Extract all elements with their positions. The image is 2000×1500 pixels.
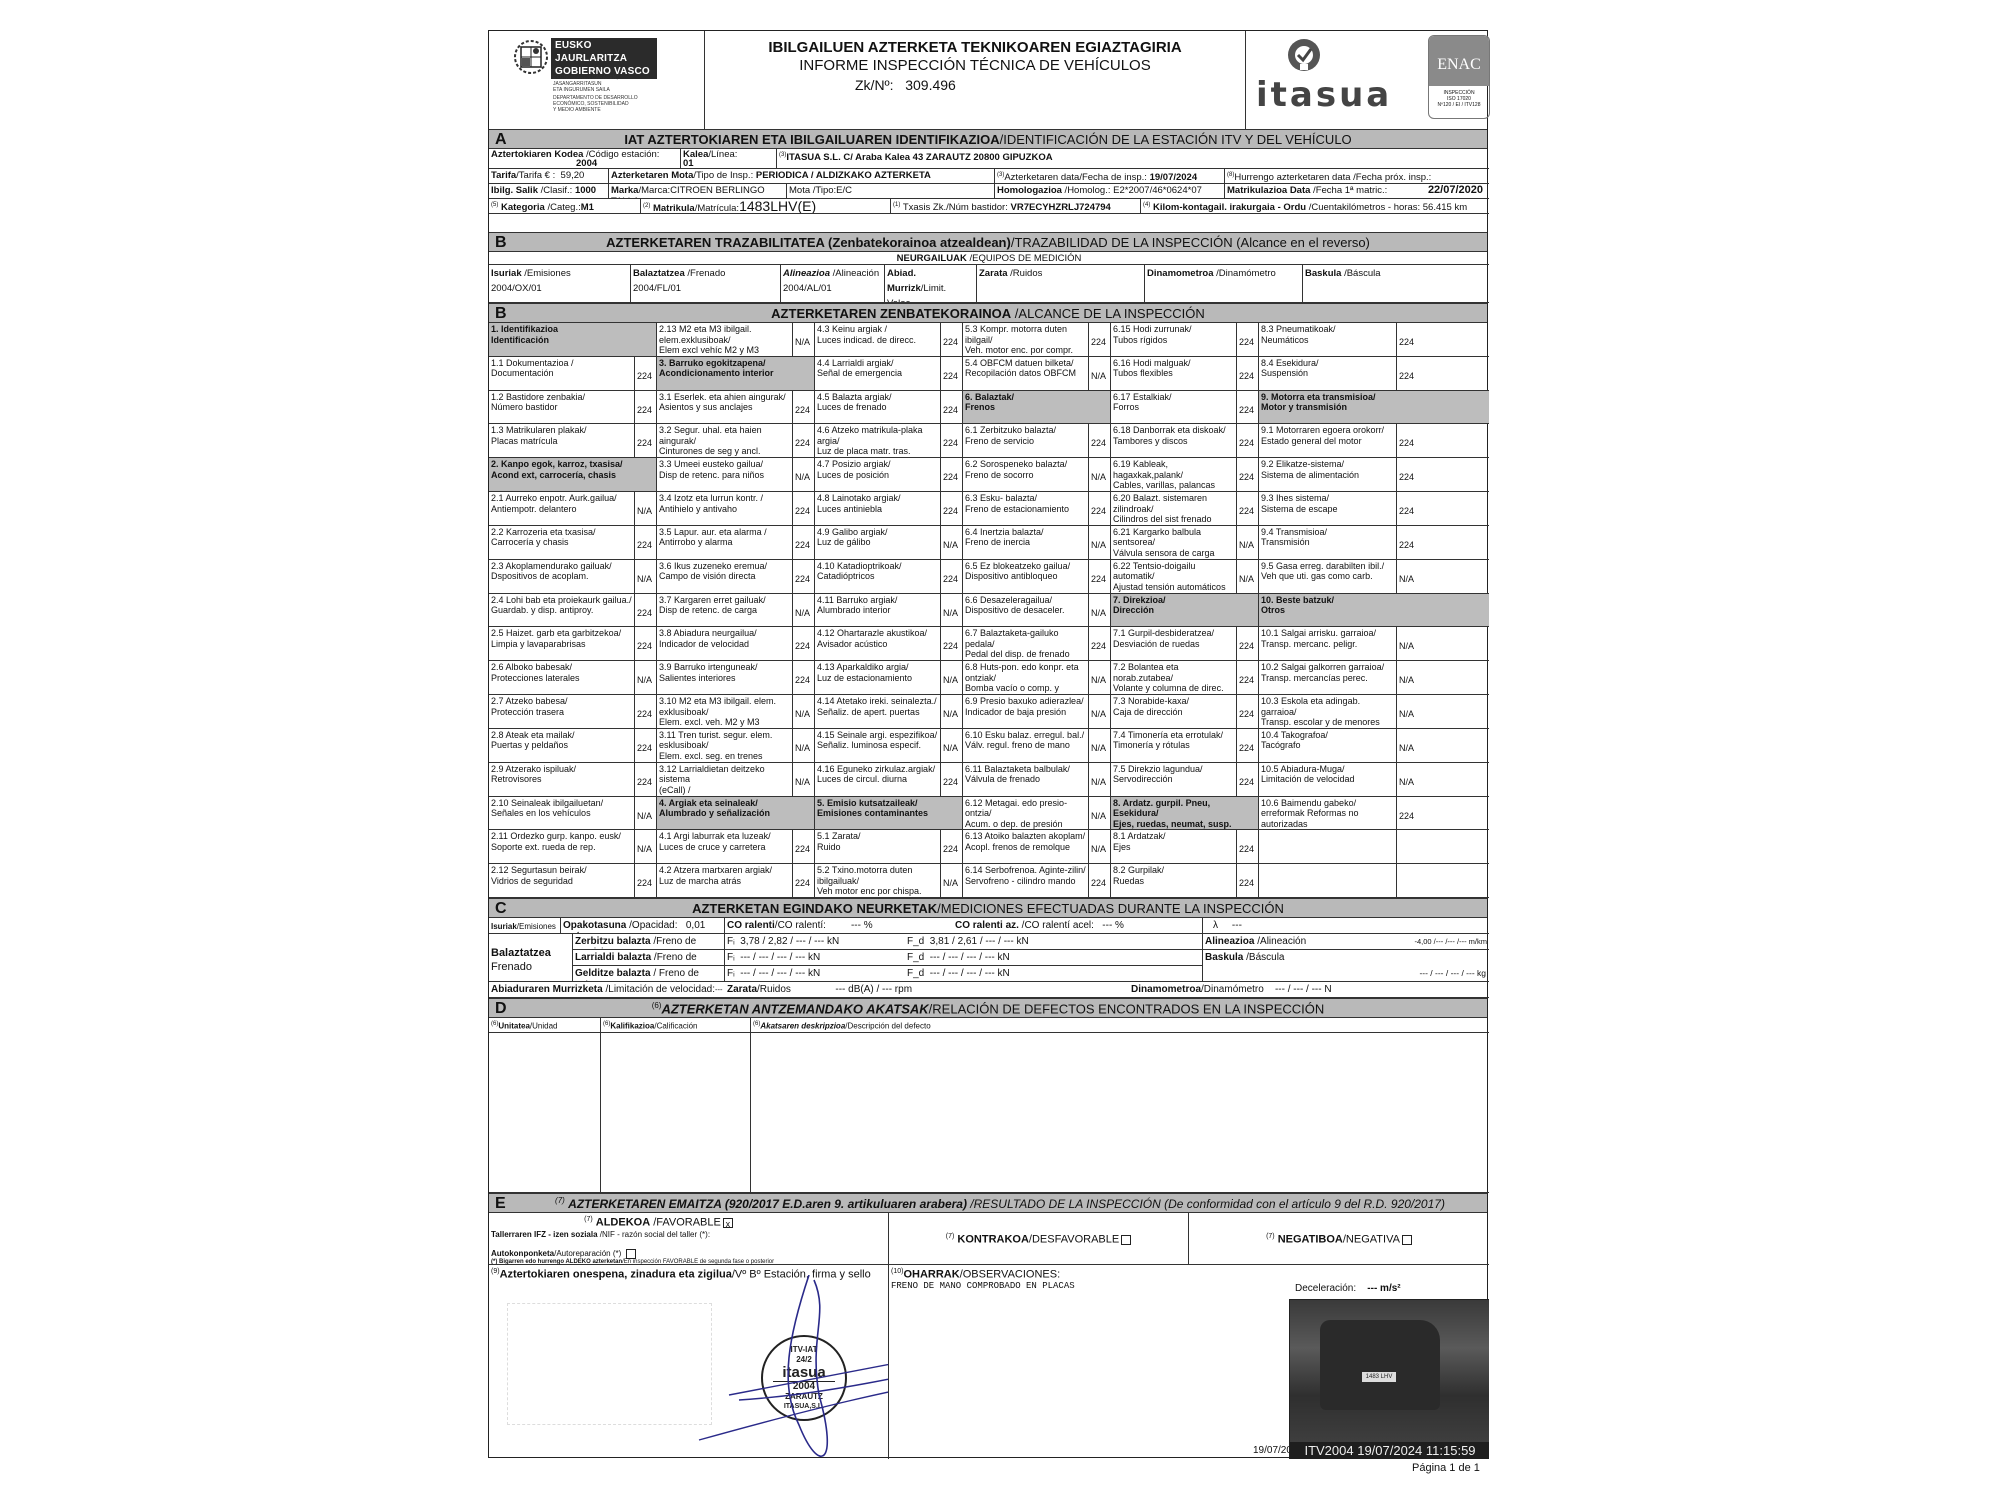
scope-item-result: 224 — [1237, 864, 1259, 898]
scope-item-result: 224 — [1089, 424, 1111, 458]
result-area: (7) ALDEKOA /FAVORABLEx Tallerraren IFZ … — [489, 1213, 1489, 1459]
scope-item: 2.9 Atzerako ispiluak/ Retrovisores — [489, 763, 635, 797]
scope-item-result: N/A — [1089, 830, 1111, 864]
scope-item: 6.3 Esku- balazta/ Freno de estacionamie… — [963, 492, 1089, 526]
scope-item-result: N/A — [1089, 661, 1111, 695]
scope-item: 9.1 Motorraren egoera orokorr/ Estado ge… — [1259, 424, 1397, 458]
title-es: INFORME INSPECCIÓN TÉCNICA DE VEHÍCULOS — [705, 57, 1245, 74]
scope-item-result: N/A — [941, 695, 963, 729]
alignment-field: Alineazioa /Alineación-4,00 /--- /--- /-… — [1203, 934, 1489, 950]
scope-item: 8.1 Ardatzak/ Ejes — [1111, 830, 1237, 864]
scope-item: 10.1 Salgai arrisku. garraioa/ Transp. m… — [1259, 627, 1397, 661]
scope-item-result: 224 — [1237, 830, 1259, 864]
report-number: Zk/Nº: 309.496 — [855, 77, 956, 93]
brake-label: Zerbitzu balazta /Freno de servicio: — [573, 934, 725, 950]
vin-field: (1) Txasis Zk./Núm bastidor: VR7ECYHZRLJ… — [891, 199, 1141, 214]
scope-item-result: 224 — [1397, 458, 1489, 492]
brake-label: Gelditze balazta / Freno de estac. — [573, 966, 725, 982]
scope-item-result — [1397, 864, 1489, 898]
scope-item: 2.1 Aurreko enpotr. Aurk.gailua/ Antiemp… — [489, 492, 635, 526]
scope-item: 7.5 Direkzio lagundua/ Servodirección — [1111, 763, 1237, 797]
scope-item: 4.13 Aparkaldiko argia/ Luz de estaciona… — [815, 661, 941, 695]
scope-item: 4.4 Larrialdi argiak/ Señal de emergenci… — [815, 357, 941, 391]
scope-item-result: 224 — [941, 458, 963, 492]
scope-item: 2.12 Segurtasun beirak/ Vidrios de segur… — [489, 864, 635, 898]
scope-item-result: 224 — [635, 695, 657, 729]
scope-item: 7.1 Gurpil-desbideratzea/ Desviación de … — [1111, 627, 1237, 661]
scope-item: 2.4 Lohi bab eta proiekaurk gailua./ Gua… — [489, 594, 635, 628]
scope-item-result: N/A — [1397, 627, 1489, 661]
scope-item: 3.9 Barruko irtenguneak/ Salientes inter… — [657, 661, 793, 695]
emissions-label: Isuriak/Emisiones — [489, 918, 561, 934]
scope-item: 6.22 Tentsio-doigailu automatik/ Ajustad… — [1111, 560, 1237, 594]
scope-item-result: N/A — [635, 492, 657, 526]
make-field: Marka/Marca:CITROEN BERLINGO TALLA — [609, 184, 787, 199]
scope-item-result: N/A — [1397, 729, 1489, 763]
scope-item-result: 224 — [793, 526, 815, 560]
scope-item-result: N/A — [1397, 661, 1489, 695]
equipment-item: Isuriak /Emisiones2004/OX/01 — [489, 265, 631, 303]
defects-header-line — [489, 1032, 1489, 1033]
scope-item-result: 224 — [793, 492, 815, 526]
scope-item: 7.2 Bolantea eta norab.zutabea/ Volante … — [1111, 661, 1237, 695]
scope-item-result: N/A — [793, 323, 815, 357]
scope-item-result: N/A — [941, 864, 963, 898]
scope-item-result: N/A — [793, 763, 815, 797]
scope-item: 9.2 Elikatze-sistema/ Sistema de aliment… — [1259, 458, 1397, 492]
section-e-bar: E (7) AZTERKETAREN EMAITZA (920/2017 E.D… — [489, 1193, 1487, 1213]
scope-item: 3.4 Izotz eta lurrun kontr. / Antihielo … — [657, 492, 793, 526]
equipment-item: Zarata /Ruidos — [977, 265, 1145, 303]
co-accel-field: CO ralenti az. /CO ralentí acel: --- % — [953, 918, 1203, 934]
page-number: Página 1 de 1 — [1412, 1462, 1480, 1474]
scope-item-result: 224 — [1237, 458, 1259, 492]
scope-item-result: N/A — [635, 830, 657, 864]
scope-item-result: N/A — [1089, 797, 1111, 831]
scope-item-result: 224 — [941, 357, 963, 391]
inspection-date-field: (3)Azterketaren data/Fecha de insp.: 19/… — [995, 169, 1225, 184]
tariff-field: Tarifa/Tarifa € : 59,20 — [489, 169, 609, 184]
scope-item: 5.4 OBFCM datuen bilketa/ Recopilación d… — [963, 357, 1089, 391]
section-b-scope-bar: B AZTERKETAREN ZENBATEKORAINOA /ALCANCE … — [489, 303, 1487, 323]
scope-group-header: 5. Emisio kutsatzaileak/ Emisiones conta… — [815, 797, 963, 831]
scope-item: 9.3 Ihes sistema/ Sistema de escape — [1259, 492, 1397, 526]
equipment-item: Alineazioa /Alineación2004/AL/01 — [781, 265, 885, 303]
brake-fd-value: F_d 3,81 / 2,61 / --- / --- kN — [905, 934, 1203, 950]
scope-item: 2.10 Seinaleak ibilgailuetan/ Señales en… — [489, 797, 635, 831]
scope-item: 2.13 M2 eta M3 ibilgail. elem.exklusiboa… — [657, 323, 793, 357]
scope-item: 1.1 Dokumentazioa / Documentación — [489, 357, 635, 391]
scope-item: 4.10 Katadioptrikoak/ Catadióptricos — [815, 560, 941, 594]
scope-item-result: 224 — [1397, 797, 1489, 831]
scope-item: 6.1 Zerbitzuko balazta/ Freno de servici… — [963, 424, 1089, 458]
scope-item-result: 224 — [941, 323, 963, 357]
scope-item-result: 224 — [635, 391, 657, 425]
vehicle-photo: 1483 LHV ITV2004 19/07/2024 11:15:59 — [1289, 1299, 1489, 1459]
scope-item-result: 224 — [1237, 323, 1259, 357]
category-field: (5) Kategoria /Categ.:M1 — [489, 199, 641, 214]
brand-block: itasua ENAC INSPECCIÓNISO 17020Nº120 / E… — [1245, 31, 1489, 129]
scope-item-result: N/A — [941, 526, 963, 560]
scope-item-result: 224 — [1237, 695, 1259, 729]
scope-item: 2.11 Ordezko gurp. kanpo. eusk/ Soporte … — [489, 830, 635, 864]
homologation-field: Homologazioa /Homolog.: E2*2007/46*0624*… — [995, 184, 1225, 199]
scope-group-header: 9. Motorra eta transmisioa/ Motor y tran… — [1259, 391, 1489, 425]
dynamometer-field: Dinamometroa/Dinamómetro --- / --- / ---… — [1001, 982, 1489, 998]
scope-item-result: 224 — [941, 391, 963, 425]
scope-item: 2.2 Karrozeria eta txasisa/ Carrocería y… — [489, 526, 635, 560]
scope-item: 6.10 Esku balaz. erregul. bal./ Válv. re… — [963, 729, 1089, 763]
section-d-bar: D (6)AZTERKETAN ANTZEMANDAKO AKATSAK/REL… — [489, 998, 1487, 1018]
scope-item: 4.7 Posizio argiak/ Luces de posición — [815, 458, 941, 492]
section-a-bar: A IAT AZTERTOKIAREN ETA IBILGAILUAREN ID… — [489, 129, 1487, 149]
scope-item-result: 224 — [635, 357, 657, 391]
scope-item-result: N/A — [1089, 526, 1111, 560]
scope-item-result: N/A — [1237, 526, 1259, 560]
scope-item: 3.2 Segur. uhal. eta haien aingurak/ Cin… — [657, 424, 793, 458]
scope-item-result: N/A — [1089, 458, 1111, 492]
scope-item-result: 224 — [793, 661, 815, 695]
scope-item-result: N/A — [1089, 594, 1111, 628]
scope-item-result: 224 — [1237, 729, 1259, 763]
defects-col-unit: (6)Unitatea/Unidad — [489, 1018, 601, 1193]
scope-item-result: 224 — [1237, 492, 1259, 526]
scope-item-result: N/A — [941, 594, 963, 628]
scope-item: 6.16 Hodi malguak/ Tubos flexibles — [1111, 357, 1237, 391]
scope-item: 8.3 Pneumatikoak/ Neumáticos — [1259, 323, 1397, 357]
scope-item-result: 224 — [1089, 492, 1111, 526]
photo-caption: ITV2004 19/07/2024 11:15:59 — [1290, 1442, 1489, 1459]
scope-item: 2.7 Atzeko babesa/ Protección trasera — [489, 695, 635, 729]
scope-item-result: 224 — [1237, 391, 1259, 425]
scope-item: 2.8 Ateak eta mailak/ Puertas y peldaños — [489, 729, 635, 763]
scope-item-result: N/A — [1089, 763, 1111, 797]
scope-item: 8.2 Gurpilak/ Ruedas — [1111, 864, 1237, 898]
co-idle-field: CO ralenti/CO ralentí: --- % — [725, 918, 953, 934]
dept-eu: EKONOMIAREN GARAPEN,JASANGARRITASUNETA I… — [553, 75, 618, 93]
scope-item-result: 224 — [635, 763, 657, 797]
header: EUSKO JAURLARITZA GOBIERNO VASCO EKONOMI… — [489, 31, 1489, 129]
favorable-checkbox[interactable]: x — [723, 1218, 733, 1228]
scope-item-result: 224 — [941, 763, 963, 797]
scope-item: 6.19 Kableak, hagaxkak,palank/ Cables, v… — [1111, 458, 1237, 492]
scope-item: 3.5 Lapur. aur. eta alarma / Antirrobo y… — [657, 526, 793, 560]
scope-item-result: 224 — [941, 424, 963, 458]
scope-item-result: 224 — [1237, 424, 1259, 458]
scope-item-result: N/A — [1089, 357, 1111, 391]
brake-fd-value: F_d --- / --- / --- / --- kN — [905, 966, 1203, 982]
scope-item-result: N/A — [1397, 560, 1489, 594]
scope-item: 7.3 Norabide-kaxa/ Caja de dirección — [1111, 695, 1237, 729]
equipment-item: Baskula /Báscula — [1303, 265, 1489, 303]
opacity-field: Opakotasuna /Opacidad: 0,01 m⁻¹ — [561, 918, 725, 934]
scope-item: 6.5 Ez blokeatzeko gailua/ Dispositivo a… — [963, 560, 1089, 594]
self-repair-checkbox[interactable] — [626, 1249, 636, 1259]
defects-col-rating: (6)Kalifikazioa/Calificación — [601, 1018, 751, 1193]
station-address: (3)ITASUA S.L. C/ Araba Kalea 43 ZARAUTZ… — [777, 149, 1489, 169]
scope-item: 6.17 Estalkiak/ Forros — [1111, 391, 1237, 425]
speed-limit-field: Abiaduraren Murrizketa /Limitación de ve… — [489, 982, 725, 998]
scope-item-result: 224 — [793, 424, 815, 458]
basque-coat-of-arms-icon — [513, 39, 549, 75]
braking-label: BalaztatzeaFrenado — [489, 934, 573, 982]
scope-item: 3.7 Kargaren erret gailuak/ Disp de rete… — [657, 594, 793, 628]
lambda-field: λ --- — [1203, 918, 1489, 934]
scope-item-result: 224 — [793, 560, 815, 594]
scope-group-header: 1. Identifikazioa Identificación — [489, 323, 657, 357]
scope-item: 7.4 Timonería eta errotulak/ Timonería y… — [1111, 729, 1237, 763]
scope-item-result: 224 — [793, 391, 815, 425]
scope-item: 3.11 Tren turist. segur. elem. esklusibo… — [657, 729, 793, 763]
type-field: Mota /Tipo:E/C — [787, 184, 995, 199]
scope-item: 6.11 Balaztaketa balbulak/ Válvula de fr… — [963, 763, 1089, 797]
scope-item-result: 224 — [793, 864, 815, 898]
scope-item-result: 224 — [1397, 492, 1489, 526]
itasua-steering-wheel-icon — [1284, 35, 1324, 75]
registration-date-field: Matrikulazioa Data /Fecha 1ª matric.: 22… — [1225, 184, 1489, 199]
favorable-box: (7) ALDEKOA /FAVORABLEx Tallerraren IFZ … — [489, 1213, 889, 1265]
scope-item: 10.3 Eskola eta adingab. garraioa/ Trans… — [1259, 695, 1397, 729]
signature-icon — [639, 1275, 889, 1459]
scope-item: 4.1 Argi laburrak eta luzeak/ Luces de c… — [657, 830, 793, 864]
scope-item: 4.8 Lainotako argiak/ Luces antiniebla — [815, 492, 941, 526]
scope-item: 6.12 Metagai. edo presio-ontzia/ Acum. o… — [963, 797, 1089, 831]
scope-item-result: 224 — [635, 627, 657, 661]
scope-item-result: N/A — [941, 661, 963, 695]
scope-item-result: N/A — [1089, 695, 1111, 729]
scope-item: 6.20 Balazt. sistemaren zilindroak/ Cili… — [1111, 492, 1237, 526]
scope-item: 10.4 Takografoa/ Tacógrafo — [1259, 729, 1397, 763]
scope-item-result: 224 — [635, 526, 657, 560]
scope-item: 4.15 Seinale argi. espezifikoa/ Señaliz.… — [815, 729, 941, 763]
gov-logo-text: EUSKO JAURLARITZA GOBIERNO VASCO — [551, 38, 657, 79]
scope-item: 6.15 Hodi zurrunak/ Tubos rígidos — [1111, 323, 1237, 357]
inspection-report: EUSKO JAURLARITZA GOBIERNO VASCO EKONOMI… — [488, 30, 1488, 1458]
dept-es: DEPARTAMENTO DE DESARROLLOECONÓMICO, SOS… — [553, 95, 638, 113]
scope-item-result: N/A — [635, 797, 657, 831]
next-inspection-date-field: (8)Hurrengo azterketaren data /Fecha pró… — [1225, 169, 1489, 184]
equipment-table: NEURGAILUAK /EQUIPOS DE MEDICIÓN Isuriak… — [489, 252, 1489, 303]
scope-item-result: 224 — [1237, 661, 1259, 695]
scope-item: 3.1 Eserlek. eta ahien aingurak/ Asiento… — [657, 391, 793, 425]
scope-item-result: 224 — [1397, 357, 1489, 391]
scope-item: 3.3 Umeei eusteko gailua/ Disp de retenc… — [657, 458, 793, 492]
scope-item-result: 224 — [1397, 424, 1489, 458]
scope-item: 3.10 M2 eta M3 ibilgail. elem. exklusibo… — [657, 695, 793, 729]
scope-item-result: N/A — [1089, 729, 1111, 763]
scope-item: 1.2 Bastidore zenbakia/ Número bastidor — [489, 391, 635, 425]
scope-item-result: N/A — [793, 594, 815, 628]
scope-item: 6.4 Inertzia balazta/ Freno de inercia — [963, 526, 1089, 560]
scope-item-result — [1397, 830, 1489, 864]
scope-item-result: 224 — [793, 627, 815, 661]
scope-item-result: N/A — [941, 729, 963, 763]
scope-item-result: 224 — [635, 424, 657, 458]
scope-item-result: 224 — [1397, 526, 1489, 560]
scope-item-result: N/A — [635, 661, 657, 695]
unfavorable-checkbox[interactable] — [1121, 1235, 1131, 1245]
classification-field: Ibilg. Salik /Clasif.: 1000 — [489, 184, 609, 199]
scope-item: 8.4 Esekidura/ Suspensión — [1259, 357, 1397, 391]
scope-item: 6.14 Serbofrenoa. Aginte-zilin/ Servofre… — [963, 864, 1089, 898]
plate-field: (2) Matrikula/Matrícula:1483LHV(E) — [641, 199, 891, 214]
brake-fd-value: F_d --- / --- / --- / --- kN — [905, 950, 1203, 966]
scope-item: 6.6 Desazeleragailua/ Dispositivo de des… — [963, 594, 1089, 628]
scope-item: 3.6 Ikus zuzeneko eremua/ Campo de visió… — [657, 560, 793, 594]
scope-item: 2.3 Akoplamendurako gailuak/ Dspositivos… — [489, 560, 635, 594]
scope-group-header: 10. Beste batzuk/ Otros — [1259, 594, 1489, 628]
scope-item: 6.2 Sorospeneko balazta/ Freno de socorr… — [963, 458, 1089, 492]
scope-item-result: 224 — [635, 594, 657, 628]
scope-item: 4.2 Atzera martxaren argiak/ Luz de marc… — [657, 864, 793, 898]
scope-item-result: 224 — [941, 560, 963, 594]
itasua-logo: itasua — [1256, 75, 1392, 115]
scope-item-result: 224 — [793, 830, 815, 864]
scope-group-header: 7. Direkzioa/ Dirección — [1111, 594, 1259, 628]
brake-label: Larrialdi balazta /Freno de socorro: — [573, 950, 725, 966]
brake-fi-value: Fᵢ 3,78 / 2,82 / --- / --- kN — [725, 934, 905, 950]
scope-item-result: 224 — [1089, 627, 1111, 661]
scope-item: 4.9 Galibo argiak/ Luz de gálibo — [815, 526, 941, 560]
scope-group-header: 2. Kanpo egok, karroz, txasisa/ Acond ex… — [489, 458, 657, 492]
equipment-item: Balaztatzea /Frenado2004/FL/01 — [631, 265, 781, 303]
deceleration-field: Deceleración: --- m/s² — [1295, 1283, 1401, 1294]
scope-item: 4.14 Atetako ireki. seinalezta./ Señaliz… — [815, 695, 941, 729]
inspection-scope-grid: 1. Identifikazioa Identificación1.1 Doku… — [489, 323, 1489, 898]
scope-item — [1259, 864, 1397, 898]
scope-item: 6.13 Atoiko balazten akoplam/ Acopl. fre… — [963, 830, 1089, 864]
scope-item: 10.6 Baimendu gabeko/ erreformak Reforma… — [1259, 797, 1397, 831]
station-code-field: Aztertokiaren Kodea /Código estación: 20… — [489, 149, 681, 169]
scope-item-result: 224 — [1397, 323, 1489, 357]
scope-item: 4.6 Atzeko matrikula-plaka argia/ Luz de… — [815, 424, 941, 458]
scope-item: 6.21 Kargarko balbula sentsorea/ Válvula… — [1111, 526, 1237, 560]
defects-table: (6)Unitatea/Unidad (6)Kalifikazioa/Calif… — [489, 1018, 1489, 1193]
equipment-item: Dinamometroa /Dinamómetro — [1145, 265, 1303, 303]
scope-item: 9.5 Gasa erreg. darabilten ibil./ Veh qu… — [1259, 560, 1397, 594]
scope-item: 4.16 Eguneko zirkulaz.argiak/ Luces de c… — [815, 763, 941, 797]
scope-item-result: N/A — [793, 695, 815, 729]
negative-checkbox[interactable] — [1402, 1235, 1412, 1245]
scope-item-result: N/A — [1397, 695, 1489, 729]
scope-item: 3.8 Abiadura neurgailua/ Indicador de ve… — [657, 627, 793, 661]
title-block: IBILGAILUEN AZTERKETA TEKNIKOAREN EGIAZT… — [705, 39, 1245, 129]
enac-badge: ENAC INSPECCIÓNISO 17020Nº120 / EI / ITV… — [1428, 35, 1490, 119]
scope-item-result: 224 — [1089, 864, 1111, 898]
scope-item: 6.7 Balaztaketa-gailuko pedala/ Pedal de… — [963, 627, 1089, 661]
unfavorable-box: (7) KONTRAKOA/DESFAVORABLE — [889, 1213, 1189, 1265]
scope-item: 6.9 Presio baxuko adierazlea/ Indicador … — [963, 695, 1089, 729]
brake-fi-value: Fᵢ --- / --- / --- / --- kN — [725, 950, 905, 966]
section-c-bar: C AZTERKETAN EGINDAKO NEURKETAK/MEDICION… — [489, 898, 1487, 918]
noise-field: Zarata/Ruidos --- dB(A) / --- rpm — [725, 982, 1001, 998]
gov-name-eu: EUSKO JAURLARITZA — [555, 39, 653, 65]
scope-item: 5.1 Zarata/ Ruido — [815, 830, 941, 864]
scope-item: 1.3 Matrikularen plakak/ Placas matrícul… — [489, 424, 635, 458]
scope-item: 4.5 Balazta argiak/ Luces de frenado — [815, 391, 941, 425]
scope-item: 10.5 Abiadura-Muga/ Limitación de veloci… — [1259, 763, 1397, 797]
scope-item-result: 224 — [1089, 323, 1111, 357]
scope-item: 4.11 Barruko argiak/ Alumbrado interior — [815, 594, 941, 628]
vehicle-silhouette — [1320, 1320, 1440, 1410]
scope-item: 2.5 Haizet. garb eta garbitzekoa/ Limpia… — [489, 627, 635, 661]
scope-item-result: N/A — [793, 458, 815, 492]
scope-item: 5.2 Txino.motorra duten ibilgailuak/ Veh… — [815, 864, 941, 898]
title-eu: IBILGAILUEN AZTERKETA TEKNIKOAREN EGIAZT… — [705, 39, 1245, 56]
brake-fi-value: Fᵢ --- / --- / --- / --- kN — [725, 966, 905, 982]
equipment-item: Abiad. Murrizk/Limit. Veloc. — [885, 265, 977, 303]
defects-col-description: (6)Akatsaren deskripzioa/Descripción del… — [751, 1018, 1489, 1193]
scope-item-result: N/A — [793, 729, 815, 763]
scope-item-result: 224 — [635, 729, 657, 763]
scope-item: 6.8 Huts-pon. edo konpr. eta ontziak/ Bo… — [963, 661, 1089, 695]
scope-item-result: 224 — [941, 830, 963, 864]
scope-item: 10.2 Salgai galkorren garraioa/ Transp. … — [1259, 661, 1397, 695]
scope-item: 5.3 Kompr. motorra duten ibilgail/ Veh. … — [963, 323, 1089, 357]
equipment-title: NEURGAILUAK /EQUIPOS DE MEDICIÓN — [489, 252, 1489, 265]
scope-item-result: N/A — [1237, 560, 1259, 594]
scope-group-header: 6. Balaztak/ Frenos — [963, 391, 1111, 425]
scope-item-result: 224 — [1237, 357, 1259, 391]
scope-item-result: 224 — [1089, 560, 1111, 594]
odometer-field: (4) Kilom-kontagail. irakurgaia - Ordu /… — [1141, 199, 1489, 214]
inspection-type-field: Azterketaren Mota/Tipo de Insp.: PERIODI… — [609, 169, 995, 184]
scope-item-result: N/A — [635, 560, 657, 594]
scope-item: 6.18 Danborrak eta diskoak/ Tambores y d… — [1111, 424, 1237, 458]
scope-group-header: 4. Argiak eta seinaleak/ Alumbrado y señ… — [657, 797, 815, 831]
photo-plate: 1483 LHV — [1362, 1372, 1396, 1382]
section-a-body: Aztertokiaren Kodea /Código estación: 20… — [489, 149, 1489, 232]
negative-box: (7) NEGATIBOA/NEGATIVA — [1189, 1213, 1489, 1265]
scope-item: 2.6 Alboko babesak/ Protecciones lateral… — [489, 661, 635, 695]
line-field: Kalea/Línea:01 — [681, 149, 777, 169]
observations-box: (10)OHARRAK/OBSERVACIONES: FRENO DE MANO… — [889, 1265, 1489, 1459]
scope-item-result: 224 — [941, 627, 963, 661]
scope-item-result: 224 — [1237, 763, 1259, 797]
gov-logo-block: EUSKO JAURLARITZA GOBIERNO VASCO EKONOMI… — [489, 31, 705, 129]
approval-box: (9)Aztertokiaren onespena, zinadura eta … — [489, 1265, 889, 1459]
scope-item-result: N/A — [1397, 763, 1489, 797]
scope-item: 3.12 Larrialdietan deitzeko sistema (eCa… — [657, 763, 793, 797]
scope-item: 4.3 Keinu argiak / Luces indicad. de dir… — [815, 323, 941, 357]
scope-item-result: 224 — [635, 864, 657, 898]
scope-group-header: 3. Barruko egokitzapena/ Acondicionament… — [657, 357, 815, 391]
scope-item: 4.12 Ohartarazle akustikoa/ Avisador acú… — [815, 627, 941, 661]
section-b-trace-bar: B AZTERKETAREN TRAZABILITATEA (Zenbateko… — [489, 232, 1487, 252]
scope-item — [1259, 830, 1397, 864]
scope-item-result: 224 — [941, 492, 963, 526]
scale-field: Baskula /Báscula --- / --- / --- / --- k… — [1203, 950, 1489, 982]
scope-item-result: 224 — [1237, 627, 1259, 661]
scope-group-header: 8. Ardatz. gurpil. Pneu, Esekidura/ Ejes… — [1111, 797, 1259, 831]
scope-item: 9.4 Transmisioa/ Transmisión — [1259, 526, 1397, 560]
